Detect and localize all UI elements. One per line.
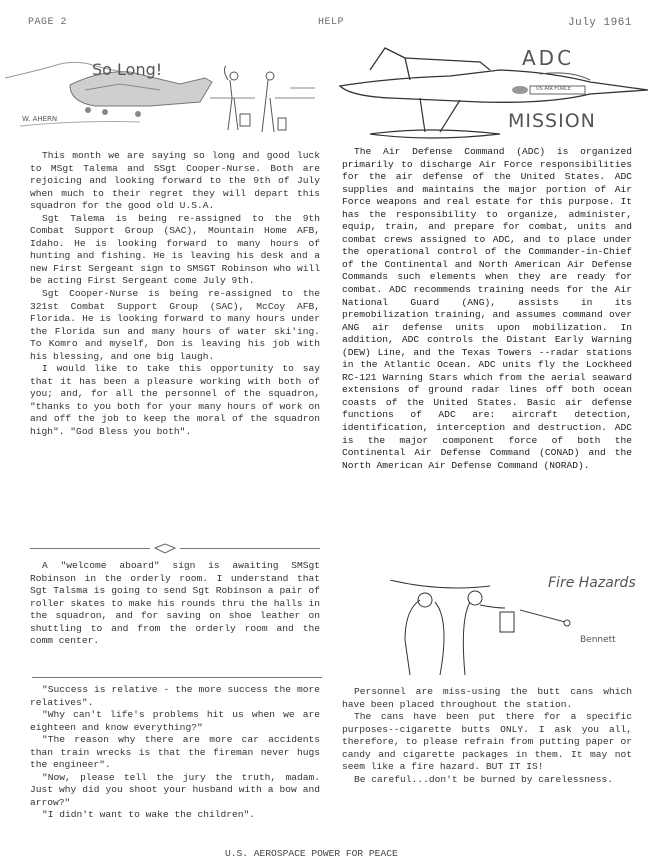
aircraft-marking: US AIR FORCE (536, 86, 571, 92)
butt-can-cartoon (380, 580, 640, 680)
page-number: PAGE 2 (28, 17, 67, 28)
fire-paragraph: The cans have been put there for a speci… (342, 711, 632, 774)
left-column: This month we are saying so long and goo… (30, 150, 320, 439)
adc-title: ADC (522, 46, 574, 70)
cartoonist-signature: Bennett (580, 635, 616, 645)
fire-paragraph: Personnel are miss-using the butt cans w… (342, 686, 632, 711)
farewell-paragraph: Sgt Cooper-Nurse is being re-assigned to… (30, 288, 320, 363)
welcome-paragraph: A "welcome aboard" sign is awaiting SMSg… (30, 560, 320, 648)
issue-date: July 1961 (568, 17, 632, 29)
mission-paragraph: The Air Defense Command (ADC) is organiz… (342, 146, 632, 472)
joke: "Why can't life's problems hit us when w… (30, 709, 320, 734)
section-divider (32, 677, 322, 678)
adc-mission-article: The Air Defense Command (ADC) is organiz… (342, 146, 632, 472)
farewell-paragraph: Sgt Talema is being re-assigned to the 9… (30, 213, 320, 288)
joke: "Now, please tell the jury the truth, ma… (30, 772, 320, 810)
fire-hazards-article: Personnel are miss-using the butt cans w… (342, 686, 632, 786)
fire-paragraph: Be careful...don't be burned by careless… (342, 774, 632, 787)
artist-signature: W. AHERN (22, 115, 57, 123)
joke: "The reason why there are more car accid… (30, 734, 320, 772)
joke: "Success is relative - the more success … (30, 684, 320, 709)
jokes-section: "Success is relative - the more success … (30, 684, 320, 822)
so-long-caption: So Long! (92, 60, 162, 79)
joke: "I didn't want to wake the children". (30, 809, 320, 822)
welcome-section: A "welcome aboard" sign is awaiting SMSg… (30, 560, 320, 648)
footer-slogan: U.S. AEROSPACE POWER FOR PEACE (225, 848, 398, 859)
so-long-illustration: So Long! W. AHERN (0, 40, 320, 145)
jet-aircraft-icon (330, 40, 650, 150)
farewell-paragraph: I would like to take this opportunity to… (30, 363, 320, 438)
newsletter-name: HELP (318, 17, 344, 28)
airplane-icon (0, 40, 320, 145)
farewell-paragraph: This month we are saying so long and goo… (30, 150, 320, 213)
fire-hazards-illustration: Fire Hazards Bennett (380, 580, 640, 680)
adc-mission-illustration: ADC MISSION US AIR FORCE (330, 40, 650, 150)
mission-title: MISSION (508, 110, 596, 132)
fire-hazards-caption: Fire Hazards (548, 575, 636, 591)
diamond-icon (153, 543, 177, 554)
